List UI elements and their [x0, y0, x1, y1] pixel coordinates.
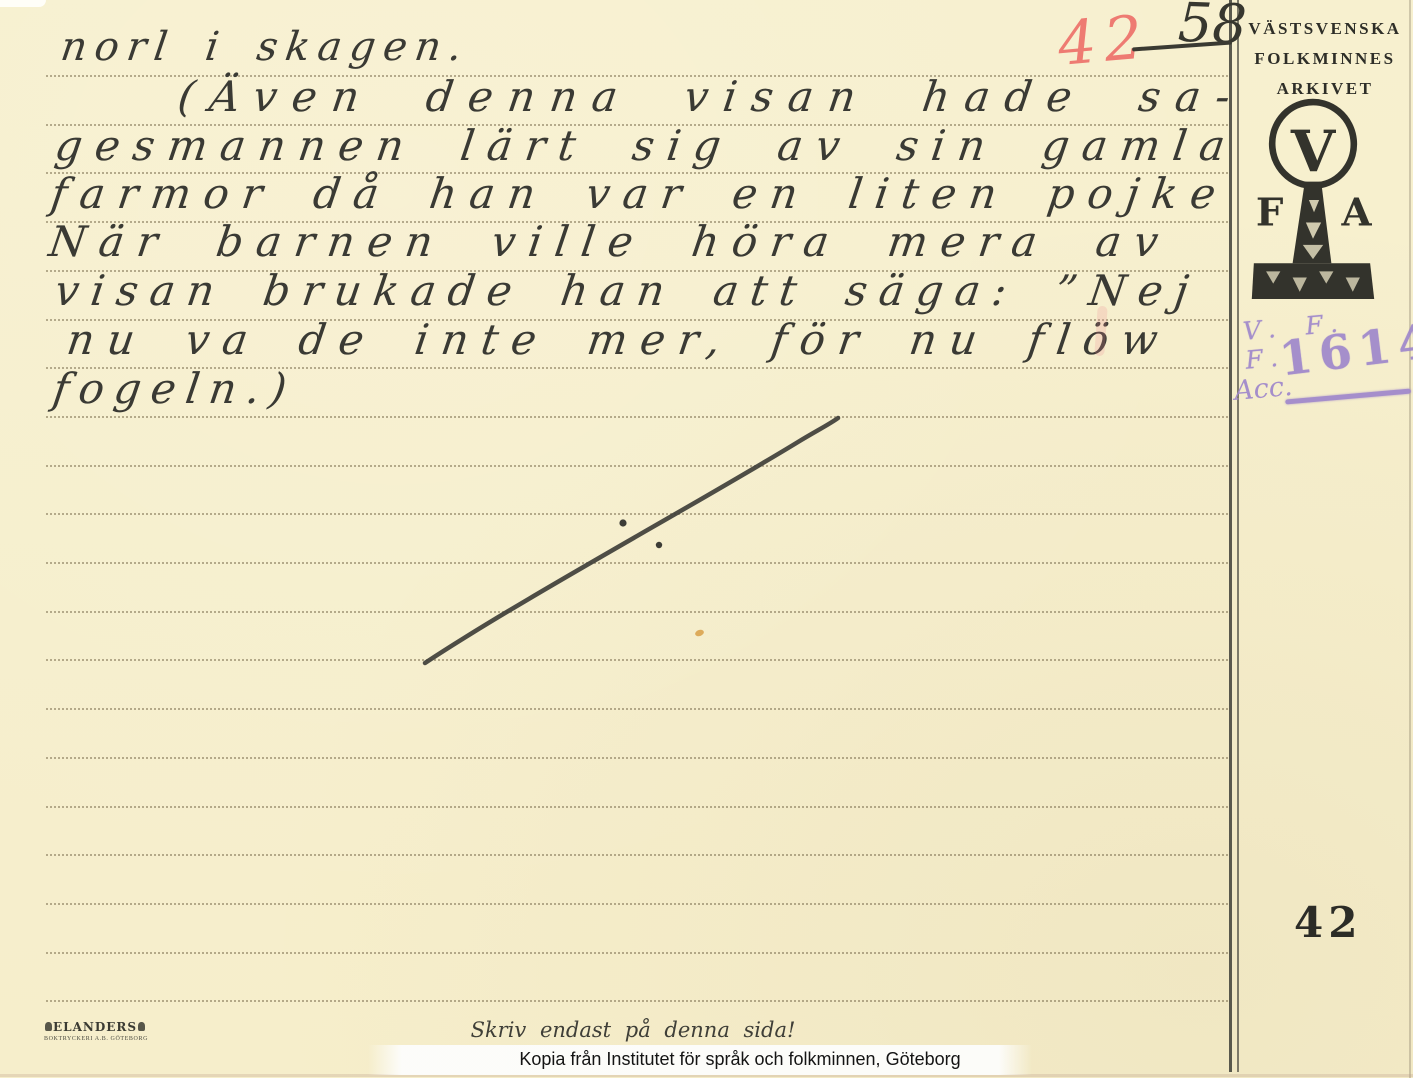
printer-ornament-right-icon [138, 1022, 145, 1031]
write-only-this-side-instruction: Skriv endast på denna sida! [433, 1018, 833, 1042]
printer-name: ELANDERS [53, 1020, 137, 1034]
page-number-black: 58 [1177, 0, 1248, 56]
ruled-line [46, 806, 1228, 808]
manuscript-line-5: När barnen ville höra mera av [46, 217, 1174, 266]
scan-edge-right [1409, 0, 1411, 1078]
ruled-line [46, 465, 1228, 467]
printer-mark: ELANDERS BOKTRYCKERI A.B. GÖTEBORG [44, 1016, 148, 1042]
vfa-thors-hammer-logo: V F A [1251, 98, 1375, 302]
archive-name-line-1: VÄSTSVENSKA [1246, 14, 1404, 44]
manuscript-line-6: visan brukade han att säga: ”Nej [52, 266, 1203, 315]
ruled-line [46, 611, 1228, 613]
page-number-stamp: 42 [1294, 898, 1362, 947]
manuscript-line-1: norl i skagen. [58, 24, 473, 70]
ruled-line [46, 708, 1228, 710]
ink-blot-1 [619, 519, 626, 526]
ruled-line [46, 416, 1228, 418]
manuscript-line-8: fogeln.) [50, 364, 300, 413]
ruled-line [46, 903, 1228, 905]
logo-letter-f: F [1256, 191, 1284, 236]
manuscript-line-4: farmor då han var en liten pojke [48, 169, 1232, 218]
ruled-line [46, 757, 1228, 759]
ink-blot-2 [656, 542, 662, 548]
ruled-line [46, 952, 1228, 954]
printer-subtitle: BOKTRYCKERI A.B. GÖTEBORG [44, 1036, 148, 1042]
archive-name-line-2: FOLKMINNES [1246, 44, 1404, 74]
manuscript-line-7: nu va de inte mer, för nu flöw [64, 315, 1174, 364]
archive-name: VÄSTSVENSKA FOLKMINNES ARKIVET [1246, 14, 1404, 104]
vertical-rule-inner [1237, 0, 1239, 1072]
paper-stain [694, 629, 705, 638]
ruled-line [46, 513, 1228, 515]
archive-card-scan: norl i skagen. (Även denna visan hade sa… [0, 0, 1413, 1078]
printer-ornament-left-icon [45, 1022, 52, 1031]
logo-letter-v: V [1290, 118, 1337, 185]
scan-edge-top-left [0, 0, 46, 7]
accession-number-red: 42 [1055, 2, 1153, 80]
manuscript-line-2: (Även denna visan hade sa- [175, 72, 1248, 121]
ruled-line [46, 659, 1228, 661]
logo-letter-a: A [1341, 191, 1373, 236]
stamp-underline [1285, 389, 1411, 405]
copy-watermark: Kopia från Institutet för språk och folk… [390, 1049, 1090, 1070]
accession-stamp: V. F. F. 1614 Acc. [1232, 303, 1413, 422]
ruled-line [46, 1000, 1228, 1002]
ruled-line [46, 854, 1228, 856]
manuscript-line-3: gesmannen lärt sig av sin gamla [52, 121, 1241, 170]
ruled-line [46, 562, 1228, 564]
